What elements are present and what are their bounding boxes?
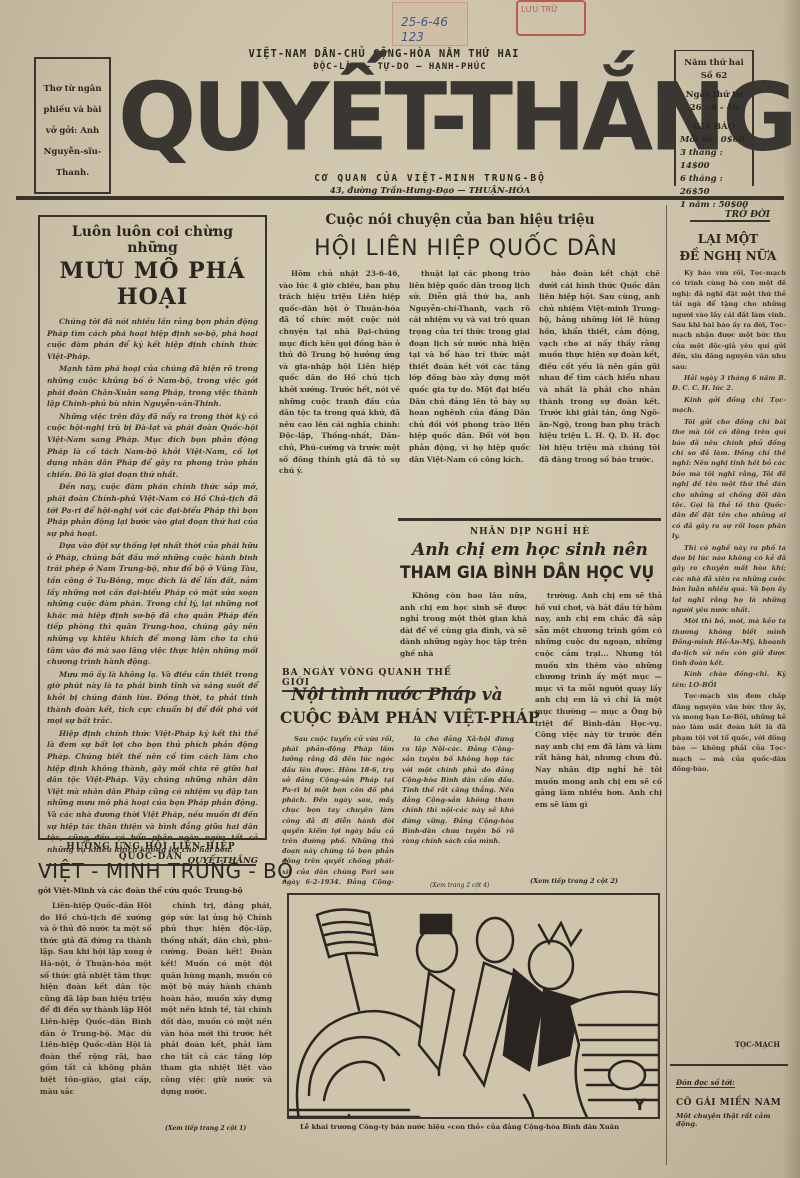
- text-column: Liên-hiệp Quốc-dân Hội do Hồ chủ-tịch đề…: [40, 900, 152, 1122]
- newspaper-title: QUYẾT-THẮNG: [118, 67, 670, 169]
- lead-article-body: Hôm chủ nhật 23-6-46, vào lúc 4 giờ chiề…: [279, 268, 661, 568]
- students-headline-2: THAM GIA BÌNH DÂN HỌC VỤ: [400, 563, 639, 583]
- paragraph: Tôi gửi cho đồng chí bài thơ mà tôi có đ…: [672, 417, 786, 542]
- paragraph: trường. Anh chị em sẽ thả hồ vui chơi, v…: [535, 590, 662, 810]
- column-bottom-divider: [670, 1064, 788, 1066]
- political-cartoon: Y: [287, 893, 660, 1119]
- editorial-kicker: Luôn luôn coi chừng những: [47, 224, 258, 256]
- paragraph: Hải ngày 3 tháng 6 năm B. Đ. C. C. H. lú…: [672, 373, 786, 394]
- world-headline-2: CUỘC ĐÀM PHÁN VIỆT-PHÁP: [280, 708, 520, 727]
- cartoon-caption: Lễ khai trương Công-ty bán nước hiệu «co…: [300, 1123, 660, 1131]
- masthead-contact-box: Thơ từ ngân phiếu và bài vở gởi: Anh Ngu…: [34, 57, 111, 194]
- next-issue-subtitle: Một chuyện thật rất cảm động.: [676, 1112, 786, 1128]
- text-column: trường. Anh chị em sẽ thả hồ vui chơi, v…: [535, 590, 662, 872]
- issue-date: 26 - 6 - 46: [676, 102, 752, 115]
- world-continued: (Xem trang 2 cột 4): [430, 882, 489, 889]
- column-text: Kỳ báo vừa rồi, Tọc-mạch có trình cùng b…: [672, 268, 786, 775]
- contact-line: vở gởi: Anh: [40, 121, 105, 142]
- paragraph: Đến nay, cuộc đàm phán chính thức sắp mở…: [47, 481, 258, 539]
- paragraph: Liên-hiệp Quốc-dân Hội do Hồ chủ-tịch đề…: [40, 900, 152, 1097]
- stamp-date-text: 25-6-46: [401, 15, 467, 30]
- price-row: 3 tháng : 14$00: [676, 147, 752, 173]
- paragraph: Mời thì bỏ, mời, mà kẻo ta thương không …: [672, 616, 786, 668]
- stamp-number-text: 123: [401, 30, 467, 45]
- paragraph: bảo đoàn kết chặt chẽ dưới cái hình thức…: [539, 268, 660, 465]
- newspaper-page: 25-6-46 123 LƯU TRỮ Thơ từ ngân phiếu và…: [0, 0, 800, 1178]
- column-divider: [666, 205, 667, 1165]
- paragraph: Chúng tôi đã nói nhiều lần rằng bọn phản…: [47, 316, 258, 362]
- page-edge: [782, 0, 800, 1178]
- text-column: chính trị, đảng phái, góp sức lại ủng hộ…: [161, 900, 273, 1122]
- next-issue-title: CÔ GÁI MIỀN NAM: [676, 1098, 781, 1108]
- column-headline-2: ĐỀ NGHỊ NỮA: [670, 249, 786, 263]
- paragraph: Dựa vào đội sự thống lợi nhất thời của p…: [47, 540, 258, 668]
- paragraph: Kính chào đồng-chí. Ký tên: LO-BỒI: [672, 669, 786, 690]
- editorial-headline: MƯU MÔ PHÁ HOẠI: [47, 258, 258, 310]
- paragraph: Không còn bao lâu nữa, anh chị em học si…: [400, 590, 527, 660]
- column-signature: TỌC-MẠCH: [700, 1040, 780, 1049]
- organ-line: CƠ QUAN CỦA VIỆT-MINH TRUNG-BỘ: [280, 173, 580, 184]
- text-column: bảo đoàn kết chặt chẽ dưới cái hình thức…: [539, 268, 660, 568]
- contact-line: Thanh.: [40, 163, 105, 184]
- paragraph: Tọc-mạch xin đem chấp đăng nguyên văn bứ…: [672, 691, 786, 774]
- lead-kicker: Cuộc nói chuyện của ban hiệu triệu: [290, 212, 630, 228]
- column-headline-1: LẠI MỘT: [670, 232, 786, 246]
- text-column: Hôm chủ nhật 23-6-46, vào lúc 4 giờ chiề…: [279, 268, 400, 568]
- red-stamp-text: LƯU TRỮ: [521, 5, 558, 14]
- vm-article-body: Liên-hiệp Quốc-dân Hội do Hồ chủ-tịch đề…: [40, 900, 272, 1122]
- students-continued: (Xem tiếp trang 2 cột 2): [530, 877, 618, 885]
- world-article-body: Sau cuộc tuyển cử vừa rồi, phái phản-độn…: [282, 734, 514, 886]
- paragraph: Hôm chủ nhật 23-6-46, vào lúc 4 giờ chiề…: [279, 268, 400, 477]
- price-row: Mỗi số : 0$60: [676, 134, 752, 147]
- cartoon-illustration: Y: [289, 895, 660, 1119]
- contact-line: Thơ từ ngân: [40, 79, 105, 100]
- paragraph: Mưu mô ấy là không lạ. Và điều cần thiết…: [47, 669, 258, 727]
- paragraph: Thì có nghề này ra phố ta dạo bị lúc nào…: [672, 543, 786, 616]
- archive-date-stamp: 25-6-46 123: [392, 2, 468, 46]
- contact-line: Nguyễn-sĩu-: [40, 142, 105, 163]
- lead-headline: HỘI LIÊN HIỆP QUỐC DÂN: [276, 236, 656, 261]
- editorial-body: Chúng tôi đã nói nhiều lần rằng bọn phản…: [47, 316, 258, 855]
- editorial-article: Luôn luôn coi chừng những MƯU MÔ PHÁ HOẠ…: [38, 215, 267, 840]
- paragraph: là cho đảng Xã-hội đừng ra lập Nội-các. …: [402, 734, 514, 846]
- column-body: Kỳ báo vừa rồi, Tọc-mạch có trình cùng b…: [672, 268, 786, 1008]
- world-headline-1: Nội tình nước Pháp và: [282, 685, 512, 705]
- students-kicker: NHÂN DỊP NGHỈ HÈ: [400, 527, 660, 537]
- paragraph: Mạnh tâm phá hoại của chúng đã hiện rõ t…: [47, 363, 258, 409]
- issue-day: Ngày thứ tư: [676, 89, 752, 102]
- paragraph: thuật lại các phong trào liên hiệp quốc …: [409, 268, 530, 465]
- paragraph: Những việc trên đây đã nẩy ra trong thời…: [47, 411, 258, 481]
- cartoon-signature: Y: [633, 1095, 646, 1114]
- republic-line: VIỆT-NAM DÂN-CHỦ CỘNG-HÒA NĂM THỨ HAI: [214, 48, 554, 60]
- text-column: là cho đảng Xã-hội đừng ra lập Nội-các. …: [402, 734, 514, 886]
- issue-info-box: Năm thứ hai Số 62 Ngày thứ tư 26 - 6 - 4…: [674, 50, 754, 186]
- address-line: 43, đường Trần-Hưng-Đạo — THUẬN-HÓA: [280, 186, 580, 196]
- price-label: GIÁ BÁO: [676, 121, 752, 134]
- vm-continued: (Xem tiếp trang 2 cột 1): [165, 1125, 246, 1132]
- column-kicker: TRỞ ĐỜI: [690, 210, 770, 222]
- text-column: Sau cuộc tuyển cử vừa rồi, phái phản-độn…: [282, 734, 394, 886]
- issue-number: Số 62: [676, 70, 752, 83]
- vm-subline: gởi Việt-Minh và các đoàn thể cứu quốc T…: [38, 886, 278, 895]
- paragraph: Kính gởi đồng chí Tọc-mạch.: [672, 395, 786, 416]
- red-archive-stamp: LƯU TRỮ: [516, 0, 586, 36]
- next-issue-label: Đón đọc số tới:: [676, 1078, 735, 1088]
- vm-headline: VIỆT - MINH TRUNG - BỘ: [38, 859, 278, 883]
- masthead-divider: [16, 196, 784, 200]
- students-headline-1: Anh chị em học sinh nên: [400, 540, 660, 560]
- paragraph: chính trị, đảng phái, góp sức lại ủng hộ…: [161, 900, 273, 1097]
- paragraph: Hiệp định chính thức Việt-Pháp ký kết th…: [47, 728, 258, 856]
- section-divider: [398, 518, 661, 521]
- paragraph: Sau cuộc tuyển cử vừa rồi, phái phản-độn…: [282, 734, 394, 886]
- paragraph: Kỳ báo vừa rồi, Tọc-mạch có trình cùng b…: [672, 268, 786, 372]
- contact-line: phiếu và bài: [40, 100, 105, 121]
- text-column: thuật lại các phong trào liên hiệp quốc …: [409, 268, 530, 568]
- issue-year: Năm thứ hai: [676, 57, 752, 70]
